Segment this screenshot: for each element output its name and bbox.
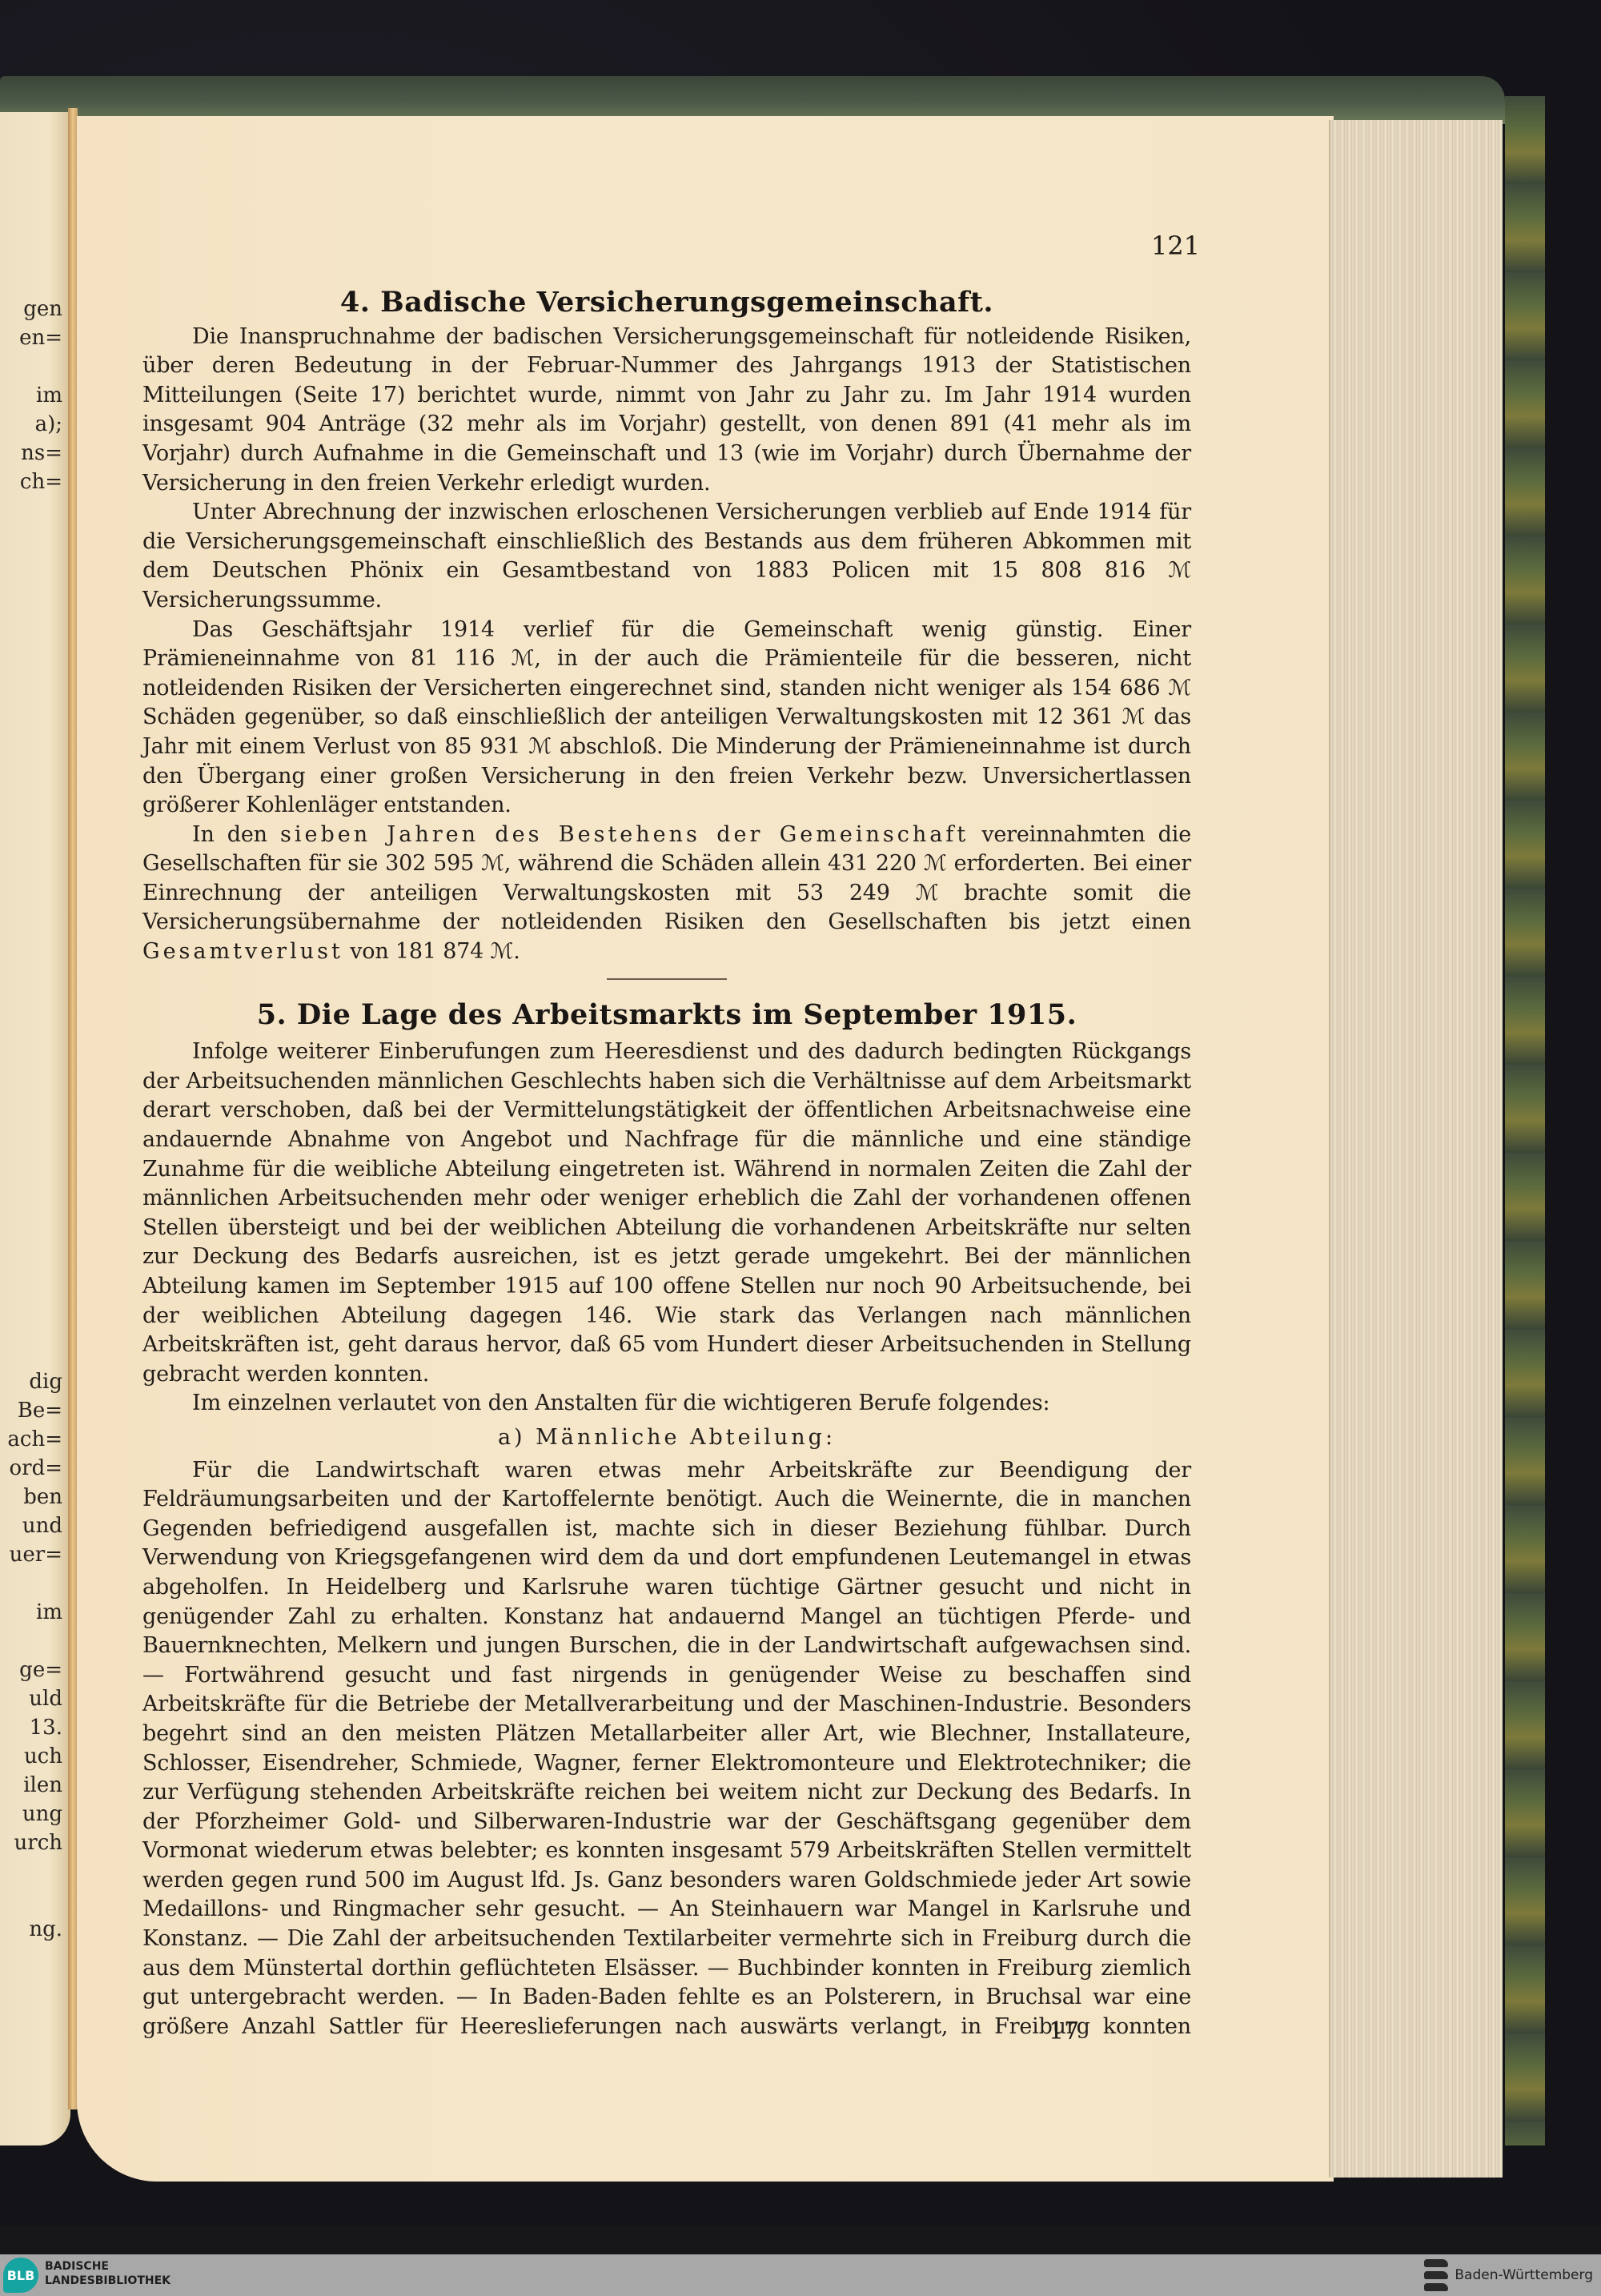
fragment-line: gen — [0, 295, 62, 323]
page-body: 4. Badische Versicherungsgemeinschaft. D… — [142, 288, 1191, 2041]
fragment-line — [0, 1627, 62, 1656]
section-5-paragraph: Im einzelnen verlautet von den Anstalten… — [142, 1389, 1191, 1419]
fragment-line: und — [0, 1511, 62, 1540]
section-5-subheading: a) Männliche Abteilung: — [142, 1423, 1191, 1453]
section-4-paragraph: Das Geschäftsjahr 1914 verlief für die G… — [142, 616, 1191, 821]
section-4-heading: 4. Badische Versicherungsgemeinschaft. — [142, 288, 1191, 318]
fragment-line: uer= — [0, 1540, 62, 1569]
fragment-line: ung — [0, 1800, 62, 1828]
fragment-line: uch — [0, 1742, 62, 1771]
fragment-line: urch — [0, 1828, 62, 1857]
fragment-line — [0, 352, 62, 381]
page-stack-fore-edge — [1329, 120, 1503, 2178]
fragment-line: ch= — [0, 468, 62, 496]
left-page-text-fragment-upper: gen en= im a); ns= ch= — [0, 295, 62, 496]
blb-library-name[interactable]: BADISCHE LANDESBIBLIOTHEK — [45, 2259, 171, 2288]
section-4-paragraph-totals: In den sieben Jahren des Bestehens der G… — [142, 821, 1191, 967]
fragment-line: im — [0, 381, 62, 410]
fragment-line: ge= — [0, 1656, 62, 1684]
state-name: Baden-Württemberg — [1455, 2267, 1593, 2283]
section-5-paragraph: Infolge weiterer Einberufungen zum Heere… — [142, 1038, 1191, 1389]
fragment-line: ord= — [0, 1454, 62, 1483]
fragment-line: uld — [0, 1684, 62, 1713]
fragment-line: ilen — [0, 1771, 62, 1800]
blb-logo-icon[interactable]: BLB — [3, 2258, 38, 2293]
baden-wuerttemberg-logo[interactable]: Baden-Württemberg — [1424, 2259, 1593, 2291]
page-number-top: 121 — [1151, 231, 1200, 261]
page-signature-number: 17 — [1049, 2017, 1079, 2045]
section-divider — [607, 978, 727, 980]
fragment-line: ach= — [0, 1425, 62, 1454]
fragment-line: ng. — [0, 1915, 62, 1944]
fragment-line: ns= — [0, 439, 62, 468]
fragment-line — [0, 1886, 62, 1915]
fragment-line: a); — [0, 410, 62, 439]
fragment-line: im — [0, 1598, 62, 1627]
fragment-line: en= — [0, 323, 62, 352]
blb-name-line1: BADISCHE — [45, 2259, 171, 2274]
left-page-text-fragment-lower: dig Be= ach= ord= ben und uer= im ge= ul… — [0, 1367, 62, 1944]
three-lions-icon — [1424, 2259, 1448, 2291]
section-5-male-paragraph: Für die Landwirtschaft waren etwas mehr … — [142, 1456, 1191, 2042]
fragment-line — [0, 1569, 62, 1598]
fragment-line: dig — [0, 1367, 62, 1396]
section-4-paragraph: Unter Abrechnung der inzwischen erlosche… — [142, 498, 1191, 615]
blb-name-line2: LANDESBIBLIOTHEK — [45, 2274, 171, 2288]
fragment-line — [0, 1857, 62, 1886]
text-run: von 181 874 ℳ. — [343, 939, 520, 964]
fragment-line: ben — [0, 1483, 62, 1511]
section-4-paragraph: Die Inanspruchnahme der badischen Versic… — [142, 323, 1191, 499]
viewer-footer-bar: BLB BADISCHE LANDESBIBLIOTHEK Baden-Würt… — [0, 2254, 1601, 2296]
text-run: In den — [192, 822, 280, 847]
section-5-heading: 5. Die Lage des Arbeitsmarkts im Septemb… — [142, 1001, 1191, 1030]
book-cover-marbled-edge — [1505, 96, 1545, 2145]
fragment-line: 13. — [0, 1713, 62, 1742]
emphasized-text: Gesamtverlust — [142, 939, 343, 964]
emphasized-text: sieben Jahren des Bestehens der Gemeinsc… — [280, 822, 969, 847]
fragment-line: Be= — [0, 1396, 62, 1425]
